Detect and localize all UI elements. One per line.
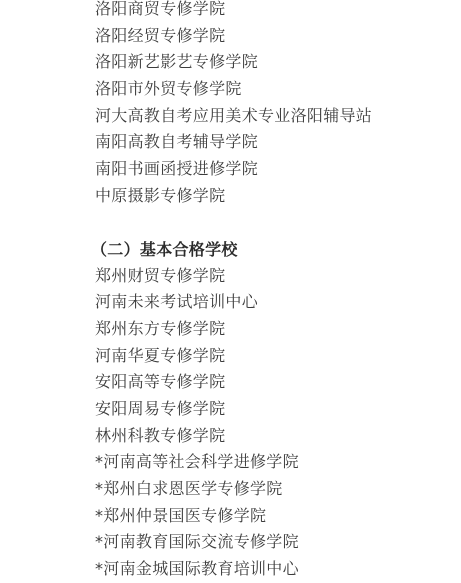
list-item: 安阳周易专修学院 bbox=[95, 396, 455, 423]
list-item: 南阳书画函授进修学院 bbox=[95, 156, 455, 183]
list-item: *河南金城国际教育培训中心 bbox=[95, 556, 455, 583]
section-spacer bbox=[95, 210, 455, 236]
list-item: 洛阳经贸专修学院 bbox=[95, 23, 455, 50]
list-item: *郑州白求恩医学专修学院 bbox=[95, 476, 455, 503]
list-item: 林州科教专修学院 bbox=[95, 423, 455, 450]
list-item: 洛阳新艺影艺专修学院 bbox=[95, 49, 455, 76]
list-item: 郑州财贸专修学院 bbox=[95, 263, 455, 290]
list-item: 洛阳市外贸专修学院 bbox=[95, 76, 455, 103]
section-heading: （二）基本合格学校 bbox=[91, 236, 455, 263]
list-item: *郑州仲景国医专修学院 bbox=[95, 503, 455, 530]
list-item: 中原摄影专修学院 bbox=[95, 183, 455, 210]
list-item: 河大高教自考应用美术专业洛阳辅导站 bbox=[95, 103, 455, 130]
list-item: 南阳高教自考辅导学院 bbox=[95, 129, 455, 156]
list-item: *河南教育国际交流专修学院 bbox=[95, 529, 455, 556]
list-item: *河南高等社会科学进修学院 bbox=[95, 449, 455, 476]
list-item: 洛阳商贸专修学院 bbox=[95, 0, 455, 23]
list-item: 河南未来考试培训中心 bbox=[95, 289, 455, 316]
list-item: 郑州东方专修学院 bbox=[95, 316, 455, 343]
document-body: 洛阳商贸专修学院 洛阳经贸专修学院 洛阳新艺影艺专修学院 洛阳市外贸专修学院 河… bbox=[95, 0, 455, 583]
school-list-previous-section: 洛阳商贸专修学院 洛阳经贸专修学院 洛阳新艺影艺专修学院 洛阳市外贸专修学院 河… bbox=[95, 0, 455, 210]
school-list-basic-qualified: 郑州财贸专修学院 河南未来考试培训中心 郑州东方专修学院 河南华夏专修学院 安阳… bbox=[95, 263, 455, 583]
list-item: 河南华夏专修学院 bbox=[95, 343, 455, 370]
list-item: 安阳高等专修学院 bbox=[95, 369, 455, 396]
